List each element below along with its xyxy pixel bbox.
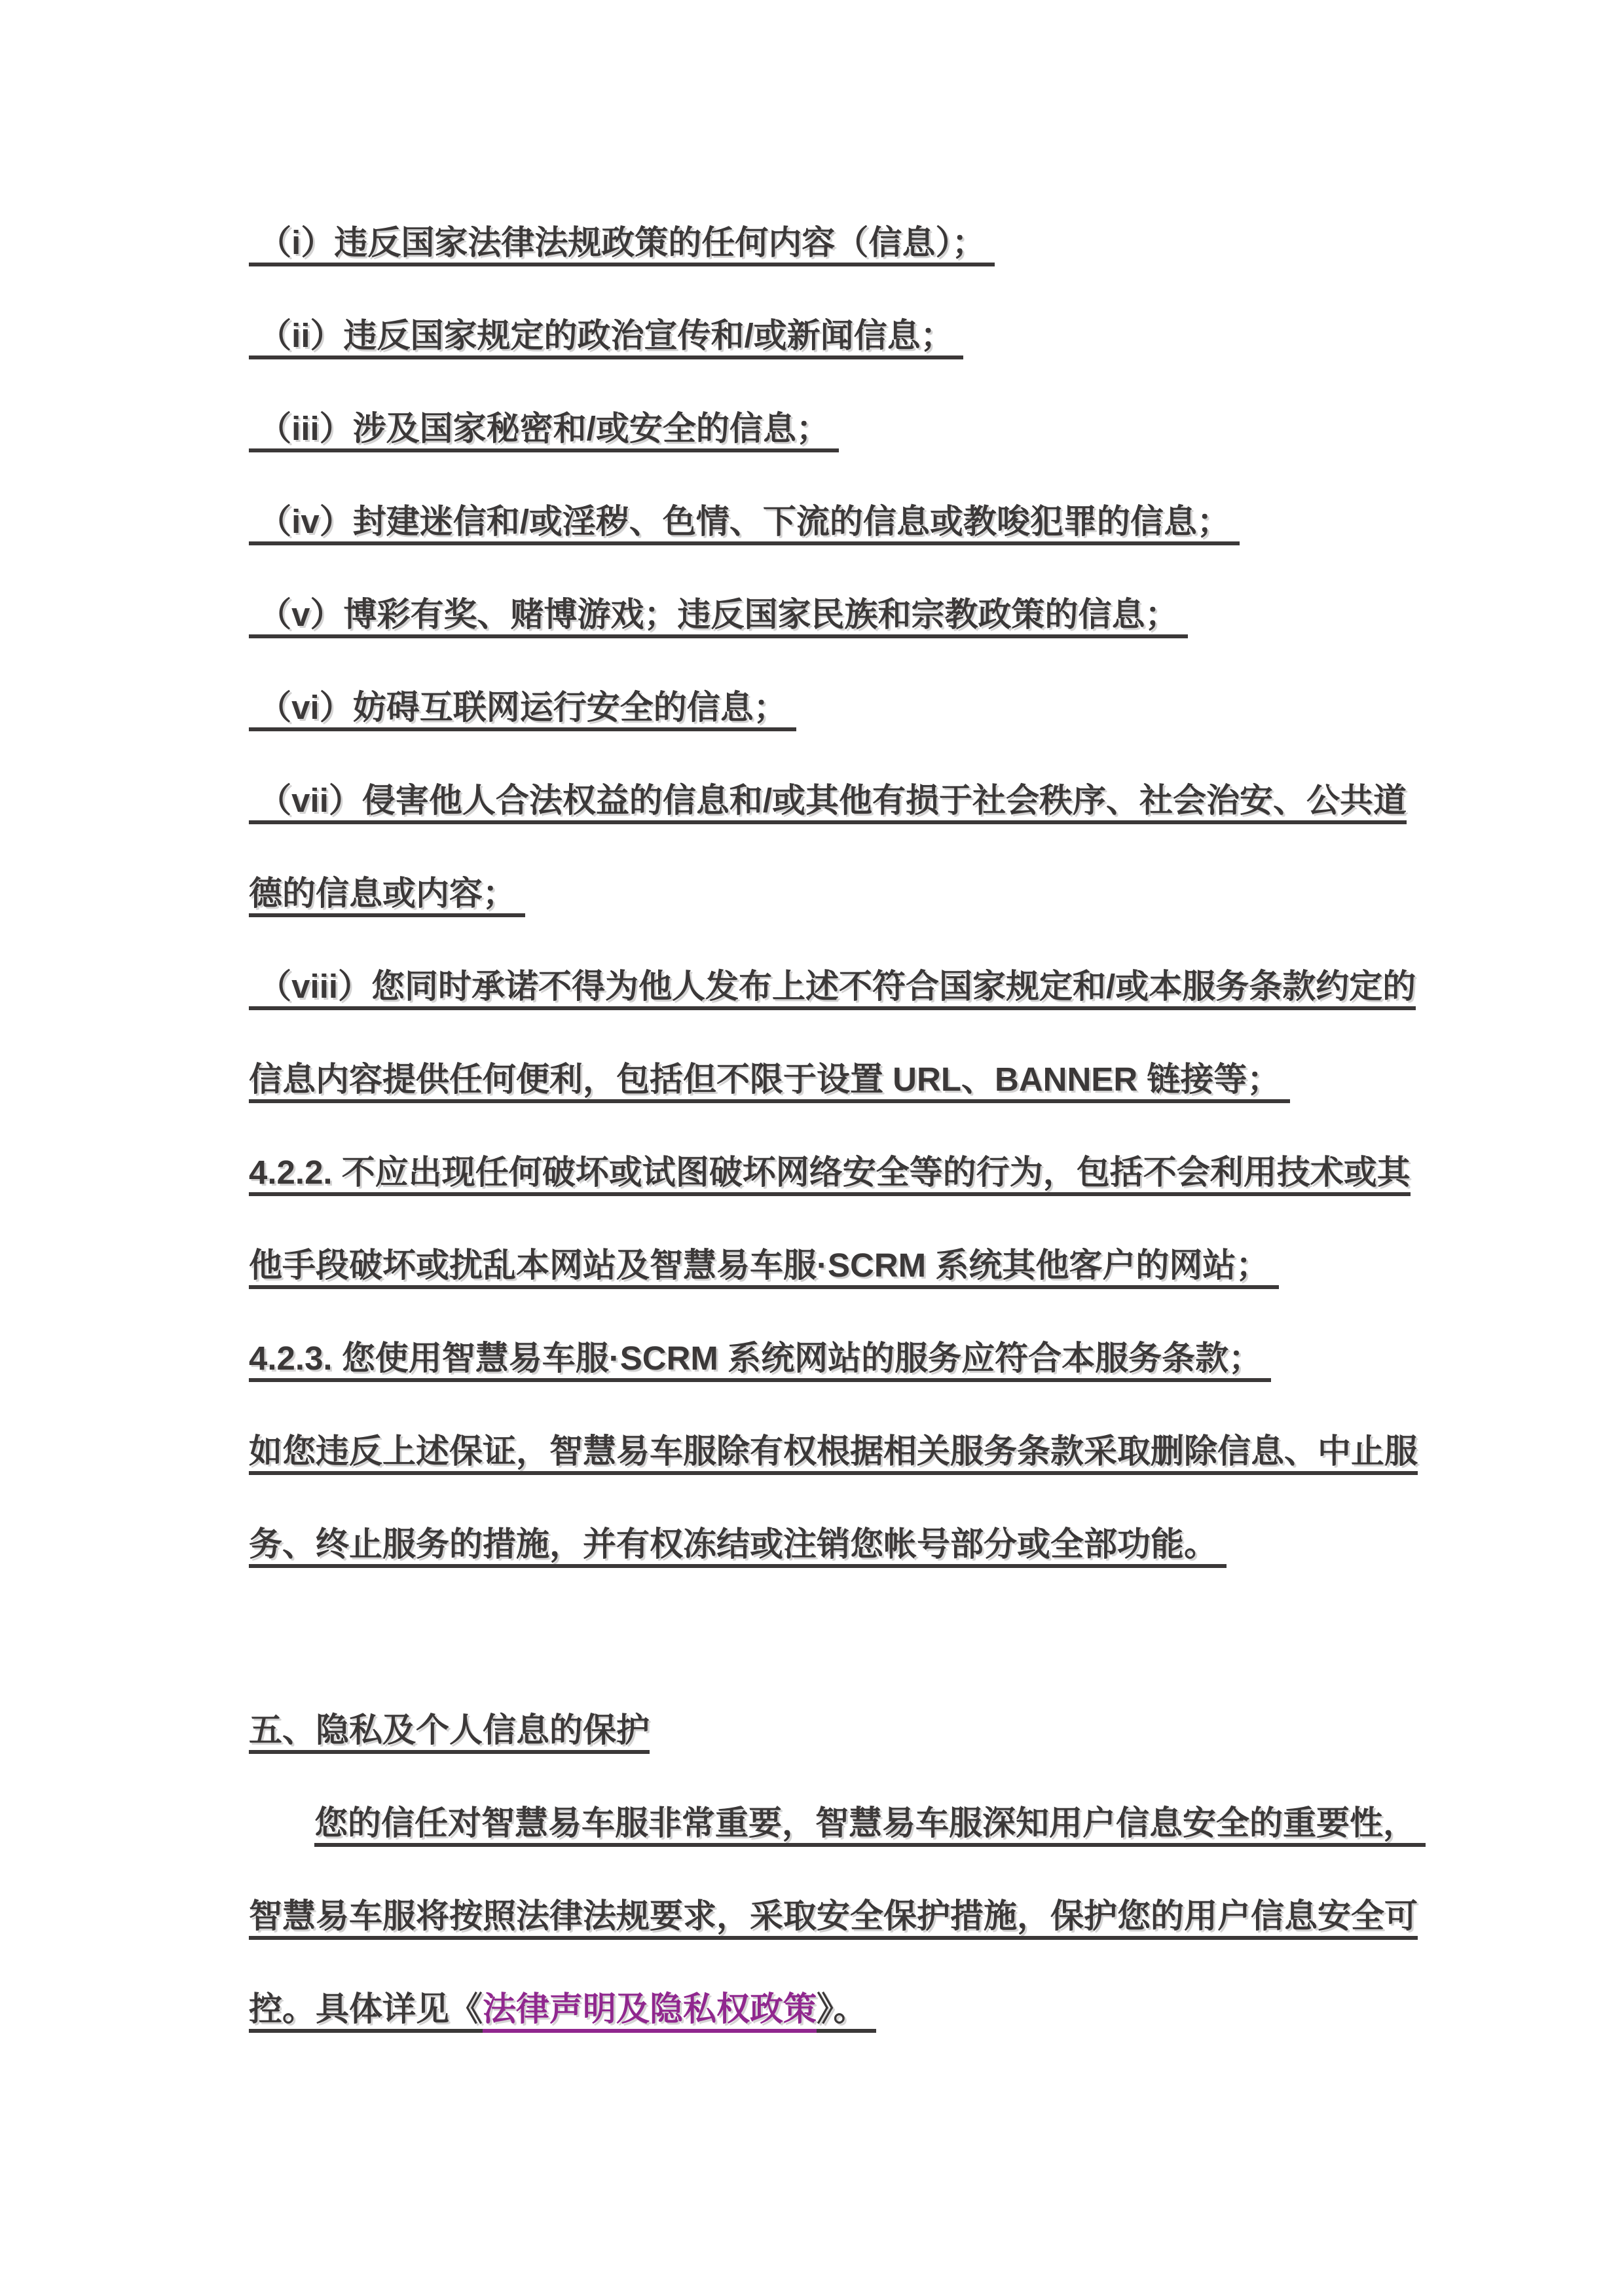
prohibited-item-iii: （iii）涉及国家秘密和/或安全的信息；: [249, 382, 1401, 475]
clause-4-2-2-line1: 4.2.2. 不应出现任何破坏或试图破坏网络安全等的行为，包括不会利用技术或其: [249, 1126, 1401, 1219]
privacy-paragraph-text3-prefix: 控。具体详见《: [249, 1990, 483, 2033]
prohibited-item-ii: （ii）违反国家规定的政治宣传和/或新闻信息；: [249, 289, 1401, 382]
privacy-paragraph-text2: 智慧易车服将按照法律法规要求，采取安全保护措施，保护您的用户信息安全可: [249, 1897, 1418, 1940]
clause-4-2-3: 4.2.3. 您使用智慧易车服·SCRM 系统网站的服务应符合本服务条款；: [249, 1312, 1401, 1405]
privacy-paragraph-line1: 您的信任对智慧易车服非常重要，智慧易车服深知用户信息安全的重要性，: [249, 1777, 1401, 1870]
clause-4-2-3-text: 4.2.3. 您使用智慧易车服·SCRM 系统网站的服务应符合本服务条款；: [249, 1339, 1271, 1382]
clause-4-2-2-line2: 他手段破坏或扰乱本网站及智慧易车服·SCRM 系统其他客户的网站；: [249, 1219, 1401, 1312]
prohibited-item-v-text: （v）博彩有奖、赌博游戏；违反国家民族和宗教政策的信息；: [249, 596, 1188, 638]
section5-heading: 五、隐私及个人信息的保护: [249, 1684, 1401, 1777]
prohibited-item-iv: （iv）封建迷信和/或淫秽、色情、下流的信息或教唆犯罪的信息；: [249, 475, 1401, 568]
terms-document: （i）违反国家法律法规政策的任何内容（信息）； （ii）违反国家规定的政治宣传和…: [249, 0, 1401, 2056]
prohibited-item-vii-text2: 德的信息或内容；: [249, 875, 525, 917]
prohibited-item-v: （v）博彩有奖、赌博游戏；违反国家民族和宗教政策的信息；: [249, 568, 1401, 661]
prohibited-item-viii-line1: （viii）您同时承诺不得为他人发布上述不符合国家规定和/或本服务条款约定的: [249, 940, 1401, 1033]
prohibited-item-vii-line2: 德的信息或内容；: [249, 847, 1401, 940]
legal-privacy-policy-link[interactable]: 法律声明及隐私权政策: [483, 1990, 817, 2033]
clause-4-2-2-text1: 4.2.2. 不应出现任何破坏或试图破坏网络安全等的行为，包括不会利用技术或其: [249, 1154, 1411, 1196]
prohibited-item-iv-text: （iv）封建迷信和/或淫秽、色情、下流的信息或教唆犯罪的信息；: [249, 503, 1240, 545]
prohibited-item-viii-text1: （viii）您同时承诺不得为他人发布上述不符合国家规定和/或本服务条款约定的: [249, 968, 1416, 1010]
privacy-paragraph-line2: 智慧易车服将按照法律法规要求，采取安全保护措施，保护您的用户信息安全可: [249, 1870, 1401, 1963]
prohibited-item-iii-text: （iii）涉及国家秘密和/或安全的信息；: [249, 410, 839, 452]
breach-consequence-line1: 如您违反上述保证，智慧易车服除有权根据相关服务条款采取删除信息、中止服: [249, 1405, 1401, 1498]
breach-consequence-line2: 务、终止服务的措施，并有权冻结或注销您帐号部分或全部功能。: [249, 1498, 1401, 1591]
privacy-paragraph-text1: 您的信任对智慧易车服非常重要，智慧易车服深知用户信息安全的重要性，: [314, 1804, 1426, 1847]
breach-consequence-text1: 如您违反上述保证，智慧易车服除有权根据相关服务条款采取删除信息、中止服: [249, 1432, 1418, 1475]
prohibited-item-ii-text: （ii）违反国家规定的政治宣传和/或新闻信息；: [249, 317, 963, 359]
privacy-paragraph-line3: 控。具体详见《法律声明及隐私权政策》。: [249, 1963, 1401, 2056]
prohibited-item-vii-text1: （vii）侵害他人合法权益的信息和/或其他有损于社会秩序、社会治安、公共道: [249, 782, 1407, 824]
privacy-paragraph-text3-suffix: 》。: [817, 1990, 876, 2033]
breach-consequence-text2: 务、终止服务的措施，并有权冻结或注销您帐号部分或全部功能。: [249, 1525, 1227, 1568]
section-gap: [249, 1591, 1401, 1684]
prohibited-item-vi-text: （vi）妨碍互联网运行安全的信息；: [249, 689, 796, 731]
prohibited-item-i-text: （i）违反国家法律法规政策的任何内容（信息）；: [249, 224, 995, 266]
prohibited-item-vi: （vi）妨碍互联网运行安全的信息；: [249, 661, 1401, 754]
prohibited-item-i: （i）违反国家法律法规政策的任何内容（信息）；: [249, 196, 1401, 289]
clause-4-2-2-text2: 他手段破坏或扰乱本网站及智慧易车服·SCRM 系统其他客户的网站；: [249, 1247, 1279, 1289]
prohibited-item-vii-line1: （vii）侵害他人合法权益的信息和/或其他有损于社会秩序、社会治安、公共道: [249, 754, 1401, 847]
prohibited-item-viii-line2: 信息内容提供任何便利，包括但不限于设置 URL、BANNER 链接等；: [249, 1033, 1401, 1126]
section5-heading-text: 五、隐私及个人信息的保护: [249, 1711, 650, 1754]
prohibited-item-viii-text2: 信息内容提供任何便利，包括但不限于设置 URL、BANNER 链接等；: [249, 1061, 1290, 1103]
